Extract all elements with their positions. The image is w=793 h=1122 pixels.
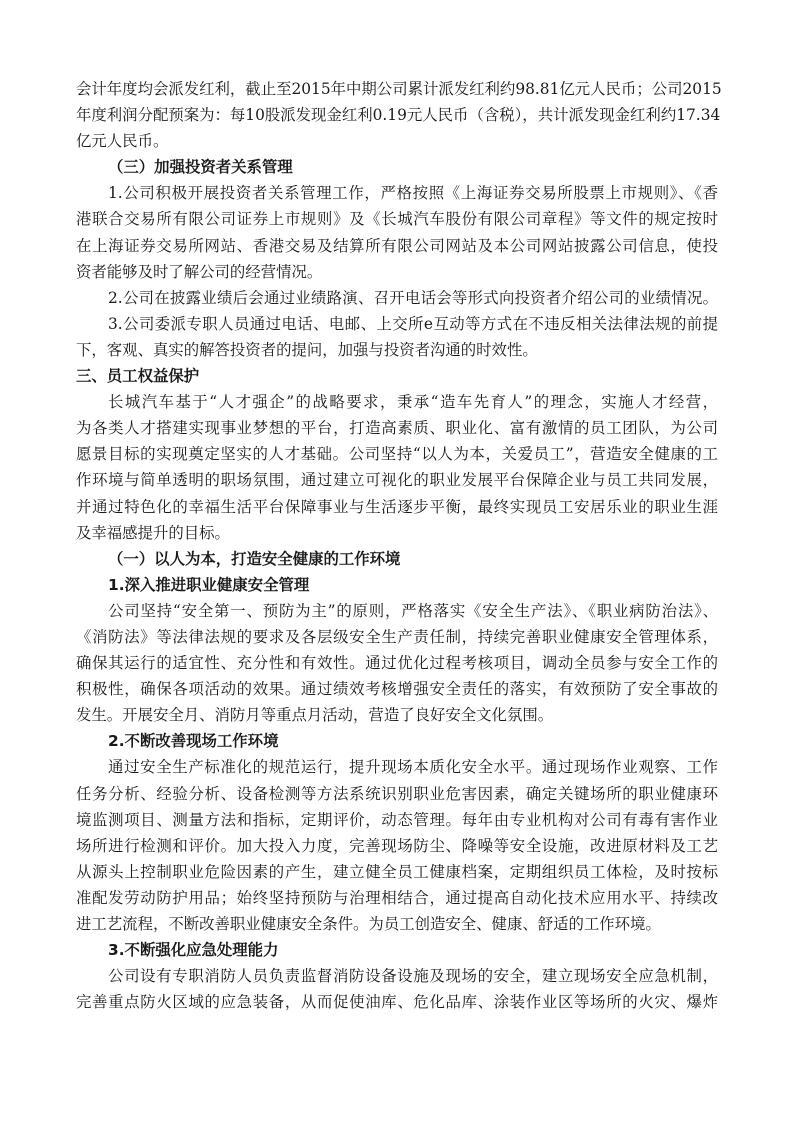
heading-occupational-safety: 1.深入推进职业健康安全管理 — [76, 572, 718, 598]
text-line: 亿元人民币。 — [76, 128, 718, 154]
employee-rights-intro: 长城汽车基于“人才强企”的战略要求，秉承“造车先育人”的理念，实施人才经营， 为… — [76, 389, 718, 546]
investor-relations-item-2: 2.公司在披露业绩后会通过业绩路演、召开电话会等形式向投资者介绍公司的业绩情况。 — [76, 285, 718, 311]
text-line: 会计年度均会派发红利，截止至2015年中期公司累计派发红利约98.81亿元人民币… — [76, 76, 718, 102]
text-line: 积极性，确保各项活动的效果。通过绩效考核增强安全责任的落实，有效预防了安全事故的 — [76, 676, 718, 702]
text-line: 公司设有专职消防人员负责监督消防设备设施及现场的安全，建立现场安全应急机制， — [76, 963, 718, 989]
occupational-safety-paragraph: 公司坚持“安全第一、预防为主”的原则，严格落实《安全生产法》、《职业病防治法》、… — [76, 598, 718, 728]
text-line: 1.公司积极开展投资者关系管理工作，严格按照《上海证券交易所股票上市规则》、《香 — [76, 180, 718, 206]
text-line: 完善重点防火区域的应急装备，从而促使油库、危化品库、涂装作业区等场所的火灾、爆炸 — [76, 989, 718, 1015]
text-line: 进工艺流程，不断改善职业健康安全条件。为员工创造安全、健康、舒适的工作环境。 — [76, 911, 718, 937]
text-line: 作环境与简单透明的职场氛围，通过建立可视化的职业发展平台保障企业与员工共同发展， — [76, 467, 718, 493]
document-page: 会计年度均会派发红利，截止至2015年中期公司累计派发红利约98.81亿元人民币… — [76, 76, 718, 1015]
text-line: 通过安全生产标准化的规范运行，提升现场本质化安全水平。通过现场作业观察、工作 — [76, 754, 718, 780]
work-environment-paragraph: 通过安全生产标准化的规范运行，提升现场本质化安全水平。通过现场作业观察、工作 任… — [76, 754, 718, 937]
text-line: 为各类人才搭建实现事业梦想的平台，打造高素质、职业化、富有激情的员工团队，为公司 — [76, 415, 718, 441]
text-line: 任务分析、经验分析、设备检测等方法系统识别职业危害因素，确定关键场所的职业健康环 — [76, 781, 718, 807]
text-line: 境监测项目、测量方法和指标，定期评价，动态管理。每年由专业机构对公司有毒有害作业 — [76, 807, 718, 833]
investor-relations-item-3: 3.公司委派专职人员通过电话、电邮、上交所e互动等方式在不违反相关法律法规的前提… — [76, 311, 718, 363]
text-line: 港联合交易所有限公司证券上市规则》及《长城汽车股份有限公司章程》等文件的规定按时 — [76, 206, 718, 232]
text-line: 从源头上控制职业危险因素的产生，建立健全员工健康档案，定期组织员工体检，及时按标 — [76, 859, 718, 885]
text-line: 确保其运行的适宜性、充分性和有效性。通过优化过程考核项目，调动全员参与安全工作的 — [76, 650, 718, 676]
text-line: 在上海证券交易所网站、香港交易及结算所有限公司网站及本公司网站披露公司信息，使投 — [76, 233, 718, 259]
heading-investor-relations: （三）加强投资者关系管理 — [76, 154, 718, 180]
text-line: 下，客观、真实的解答投资者的提问，加强与投资者沟通的时效性。 — [76, 337, 718, 363]
text-line: 公司坚持“安全第一、预防为主”的原则，严格落实《安全生产法》、《职业病防治法》、 — [76, 598, 718, 624]
text-line: 2.公司在披露业绩后会通过业绩路演、召开电话会等形式向投资者介绍公司的业绩情况。 — [76, 285, 718, 311]
text-line: 场所进行检测和评价。加大投入力度，完善现场防尘、降噪等安全设施，改进原材料及工艺 — [76, 833, 718, 859]
text-line: 长城汽车基于“人才强企”的战略要求，秉承“造车先育人”的理念，实施人才经营， — [76, 389, 718, 415]
heading-work-environment: 2.不断改善现场工作环境 — [76, 728, 718, 754]
text-line: 年度利润分配预案为：每10股派发现金红利0.19元人民币（含税），共计派发现金红… — [76, 102, 718, 128]
heading-people-oriented: （一）以人为本，打造安全健康的工作环境 — [76, 546, 718, 572]
text-line: 准配发劳动防护用品；始终坚持预防与治理相结合，通过提高自动化技术应用水平、持续改 — [76, 885, 718, 911]
dividend-paragraph-continued: 会计年度均会派发红利，截止至2015年中期公司累计派发红利约98.81亿元人民币… — [76, 76, 718, 154]
text-line: 资者能够及时了解公司的经营情况。 — [76, 259, 718, 285]
heading-employee-rights: 三、员工权益保护 — [76, 363, 718, 389]
investor-relations-item-1: 1.公司积极开展投资者关系管理工作，严格按照《上海证券交易所股票上市规则》、《香… — [76, 180, 718, 284]
heading-emergency-response: 3.不断强化应急处理能力 — [76, 937, 718, 963]
text-line: 3.公司委派专职人员通过电话、电邮、上交所e互动等方式在不违反相关法律法规的前提 — [76, 311, 718, 337]
text-line: 《消防法》等法律法规的要求及各层级安全生产责任制，持续完善职业健康安全管理体系， — [76, 624, 718, 650]
emergency-response-paragraph: 公司设有专职消防人员负责监督消防设备设施及现场的安全，建立现场安全应急机制， 完… — [76, 963, 718, 1015]
text-line: 及幸福感提升的目标。 — [76, 520, 718, 546]
text-line: 愿景目标的实现奠定坚实的人才基础。公司坚持“以人为本，关爱员工”，营造安全健康的… — [76, 441, 718, 467]
text-line: 发生。开展安全月、消防月等重点月活动，营造了良好安全文化氛围。 — [76, 702, 718, 728]
text-line: 并通过特色化的幸福生活平台保障事业与生活逐步平衡，最终实现员工安居乐业的职业生涯 — [76, 494, 718, 520]
